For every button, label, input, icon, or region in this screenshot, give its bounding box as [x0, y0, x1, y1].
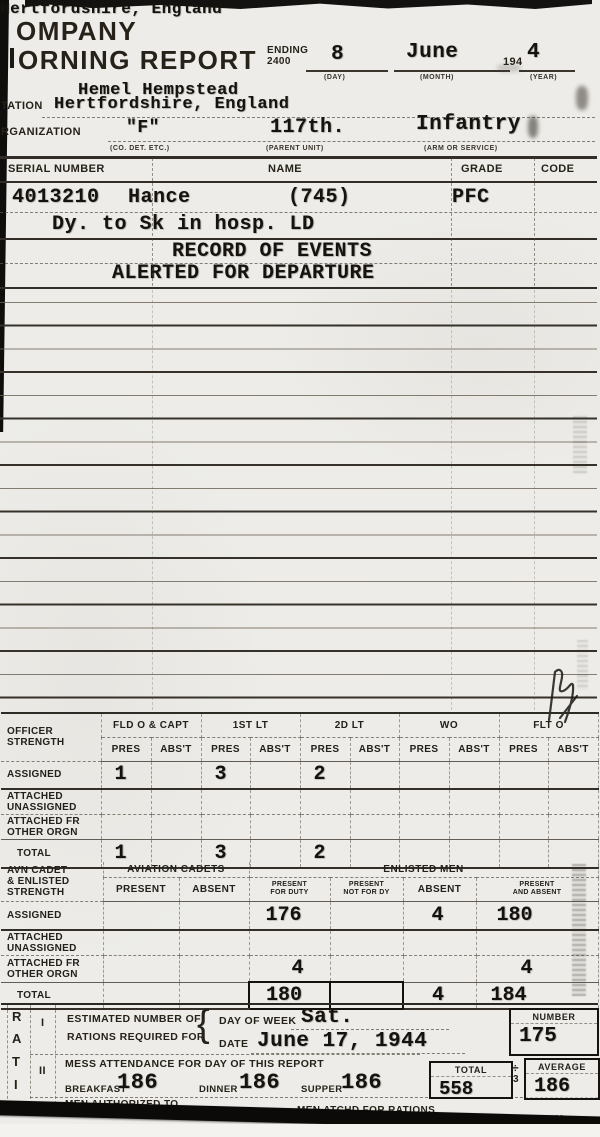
- month-value: June: [406, 41, 458, 64]
- organization-label: RGANIZATION: [1, 126, 81, 138]
- officer-subhead-pres: PRES: [399, 737, 449, 761]
- dinner-label: DINNER: [199, 1084, 238, 1095]
- date-value: June 17, 1944: [257, 1030, 427, 1053]
- officer-subhead-abst: ABS'T: [548, 737, 598, 761]
- officer-cell: [399, 789, 449, 815]
- officer-row-label: ATTACHED UNASSIGNED: [1, 789, 101, 815]
- enlisted-group-enlisted-men: ENLISTED MEN: [249, 862, 598, 877]
- officer-cell: [300, 789, 350, 815]
- roster-name-value: Hance: [128, 186, 191, 209]
- enlisted-subhead-absent: ABSENT: [403, 877, 476, 901]
- enlisted-stub: AVN CADET & ENLISTED STRENGTH: [1, 862, 103, 901]
- rations-side-letter: A: [12, 1031, 22, 1046]
- org-arm-value: Infantry: [416, 113, 521, 136]
- rations-vline: [55, 1005, 56, 1109]
- org-parent-value: 117th.: [270, 116, 345, 139]
- roster-header-rule: [0, 181, 597, 183]
- ink-smudge: [497, 64, 521, 72]
- rations-side-letter: I: [14, 1077, 18, 1092]
- officer-cell: 1: [101, 761, 151, 789]
- roster-col-grade: GRADE: [461, 163, 503, 175]
- rations-section: R A T I I ESTIMATED NUMBER OF RATIONS RE…: [1, 1003, 598, 1112]
- breakfast-value: 186: [117, 1070, 158, 1095]
- number-label: NUMBER: [511, 1010, 597, 1024]
- number-value: 175: [511, 1024, 597, 1048]
- officer-group-fldo-capt: FLD O & CAPT: [101, 713, 201, 737]
- org-company-caption: (CO. DET. ETC.): [110, 145, 170, 152]
- supper-value: 186: [341, 1070, 382, 1095]
- ending-label: ENDING: [267, 45, 308, 56]
- day-of-week-label: DAY OF WEEK: [219, 1015, 296, 1027]
- officer-cell: [499, 789, 548, 815]
- enlisted-subhead-absent: ABSENT: [179, 877, 249, 901]
- enlisted-cell: 176: [249, 901, 330, 930]
- officer-cell: 3: [201, 761, 250, 789]
- year-value: 4: [527, 41, 540, 64]
- roster-col-serial: SERIAL NUMBER: [8, 163, 105, 175]
- officer-cell: [201, 815, 250, 840]
- roster-col-code: CODE: [541, 163, 574, 175]
- officer-subhead-abst: ABS'T: [449, 737, 499, 761]
- enlisted-cell: [179, 930, 249, 956]
- total-value: 558: [431, 1077, 511, 1100]
- column-separator: [152, 158, 153, 286]
- enlisted-cell: [249, 930, 330, 956]
- officer-cell: [449, 789, 499, 815]
- officer-group-flt-o: FLT O: [499, 713, 598, 737]
- column-separator: [451, 290, 452, 710]
- officer-cell: [250, 789, 300, 815]
- station-label: TATION: [1, 100, 43, 112]
- officer-subhead-abst: ABS'T: [350, 737, 399, 761]
- total-label: TOTAL: [431, 1063, 511, 1077]
- cut-letter-remnant: [10, 48, 14, 68]
- officer-cell: [350, 815, 399, 840]
- rations-side-letter: T: [12, 1054, 20, 1069]
- enlisted-cell: [403, 930, 476, 956]
- org-parent-caption: (PARENT UNIT): [266, 145, 324, 152]
- day-of-week-value: Sat.: [301, 1006, 353, 1029]
- enlisted-strength-table: AVN CADET & ENLISTED STRENGTH AVIATION C…: [1, 862, 599, 1010]
- officer-stub-line2: STRENGTH: [7, 737, 100, 748]
- rations-vline: [7, 1005, 8, 1109]
- duty-status-entry: Dy. to Sk in hosp. LD: [52, 213, 315, 236]
- date-label: DATE: [219, 1038, 248, 1050]
- enlisted-cell: [330, 930, 403, 956]
- enlisted-cell: [330, 956, 403, 983]
- month-underline: [394, 70, 510, 72]
- station-line2: Hertfordshire, England: [54, 95, 289, 114]
- officer-subhead-pres: PRES: [101, 737, 151, 761]
- column-separator: [152, 290, 153, 710]
- officer-row-label: ASSIGNED: [1, 761, 101, 789]
- officer-subhead-abst: ABS'T: [250, 737, 300, 761]
- year-caption: (YEAR): [530, 74, 557, 81]
- rations-row2-numeral: II: [39, 1065, 46, 1077]
- rations-row1-label2: RATIONS REQUIRED FOR: [67, 1031, 205, 1043]
- officer-cell: [350, 789, 399, 815]
- roster-col-name: NAME: [268, 163, 302, 175]
- date-rule: [251, 1053, 465, 1054]
- enlisted-cell: [103, 956, 179, 983]
- officer-cell: [449, 761, 499, 789]
- officer-cell: [300, 815, 350, 840]
- column-separator: [534, 158, 535, 286]
- roster-serial-value: 4013210: [12, 186, 100, 209]
- officer-cell: [101, 815, 151, 840]
- column-separator: [451, 158, 452, 286]
- officer-cell: [449, 815, 499, 840]
- officer-cell: [499, 815, 548, 840]
- officer-subhead-pres: PRES: [499, 737, 548, 761]
- ink-blot: [528, 116, 538, 138]
- officer-cell: [499, 761, 548, 789]
- report-title-line2: ORNING REPORT: [18, 45, 257, 76]
- roster-name-note: (745): [288, 186, 351, 209]
- day-value: 8: [331, 43, 344, 66]
- rations-vline: [30, 1005, 31, 1109]
- officer-group-1st-lt: 1ST LT: [201, 713, 300, 737]
- enlisted-row-label: ATTACHED FR OTHER ORGN: [1, 956, 103, 983]
- enlisted-cell: 4: [249, 956, 330, 983]
- enlisted-group-aviation-cadets: AVIATION CADETS: [103, 862, 249, 877]
- enlisted-subhead-present: PRESENT: [103, 877, 179, 901]
- year-underline: [519, 70, 575, 72]
- total-box: TOTAL 558: [429, 1061, 513, 1099]
- roster-top-rule: [0, 156, 597, 159]
- enlisted-subhead-present-not-for-dy: PRESENTNOT FOR DY: [330, 877, 403, 901]
- organization-rule: [108, 141, 595, 142]
- station-line2: Hertfordshire, England: [0, 0, 222, 18]
- officer-subhead-abst: ABS'T: [151, 737, 201, 761]
- officer-cell: [151, 789, 201, 815]
- rations-row-divider: [30, 1054, 420, 1055]
- supper-label: SUPPER: [301, 1084, 342, 1095]
- officer-cell: 2: [300, 761, 350, 789]
- scan-streak: [572, 864, 586, 996]
- scan-streak: [573, 416, 587, 474]
- divide-symbol: ÷: [512, 1061, 519, 1075]
- blank-ruled-lines: [0, 288, 597, 712]
- scan-bottom-margin: [0, 1124, 600, 1137]
- officer-cell: [201, 789, 250, 815]
- average-label: AVERAGE: [526, 1060, 598, 1074]
- enlisted-subhead-present-for-duty: PRESENTFOR DUTY: [249, 877, 330, 901]
- record-of-events-title: RECORD OF EVENTS: [172, 240, 372, 263]
- rations-row1-label1: ESTIMATED NUMBER OF: [67, 1013, 201, 1025]
- org-company-value: "F": [126, 118, 160, 138]
- mess-attendance-label: MESS ATTENDANCE FOR DAY OF THIS REPORT: [65, 1058, 324, 1070]
- officer-cell: [250, 815, 300, 840]
- enlisted-row-label: ATTACHED UNASSIGNED: [1, 930, 103, 956]
- officer-cell: [350, 761, 399, 789]
- officer-stub: OFFICER STRENGTH: [1, 713, 101, 761]
- enlisted-cell: [103, 930, 179, 956]
- column-separator: [534, 290, 535, 710]
- rations-side-letter: R: [12, 1009, 22, 1024]
- report-title-line1: OMPANY: [16, 16, 137, 47]
- officer-cell: [399, 761, 449, 789]
- officer-row-label: ATTACHED FR OTHER ORGN: [1, 815, 101, 840]
- enlisted-row-label: ASSIGNED: [1, 901, 103, 930]
- roster-grade-value: PFC: [452, 186, 490, 209]
- brace-glyph: {: [197, 1003, 210, 1046]
- officer-subhead-pres: PRES: [300, 737, 350, 761]
- month-caption: (MONTH): [420, 74, 454, 81]
- officer-cell: [151, 761, 201, 789]
- officer-cell: [548, 789, 598, 815]
- number-box: NUMBER 175: [509, 1008, 599, 1056]
- ink-blot: [576, 86, 588, 110]
- officer-cell: [101, 789, 151, 815]
- enlisted-cell: [330, 901, 403, 930]
- dinner-value: 186: [239, 1070, 280, 1095]
- officer-group-wo: WO: [399, 713, 499, 737]
- org-arm-caption: (ARM OR SERVICE): [424, 145, 498, 152]
- officer-cell: [250, 761, 300, 789]
- morning-report-document: OMPANY ORNING REPORT ENDING 2400 8 (DAY)…: [0, 0, 600, 1137]
- enlisted-cell: [403, 956, 476, 983]
- scan-streak: [577, 640, 588, 690]
- officer-cell: [399, 815, 449, 840]
- enlisted-cell: [103, 901, 179, 930]
- average-value: 186: [526, 1074, 598, 1098]
- officer-stub-line1: OFFICER: [7, 726, 100, 737]
- divide-by: 3: [513, 1074, 519, 1085]
- enlisted-cell: [179, 901, 249, 930]
- officer-cell: [151, 815, 201, 840]
- enlisted-cell: 4: [403, 901, 476, 930]
- average-box: AVERAGE 186: [524, 1058, 600, 1100]
- ending-value: 2400: [267, 56, 291, 67]
- officer-strength-table: OFFICER STRENGTH FLD O & CAPT 1ST LT 2D …: [1, 712, 599, 869]
- enlisted-cell: [179, 956, 249, 983]
- day-underline: [306, 70, 388, 72]
- day-caption: (DAY): [324, 74, 345, 81]
- officer-cell: [548, 761, 598, 789]
- officer-group-2d-lt: 2D LT: [300, 713, 399, 737]
- officer-subhead-pres: PRES: [201, 737, 250, 761]
- rations-row1-numeral: I: [41, 1017, 44, 1029]
- officer-cell: [548, 815, 598, 840]
